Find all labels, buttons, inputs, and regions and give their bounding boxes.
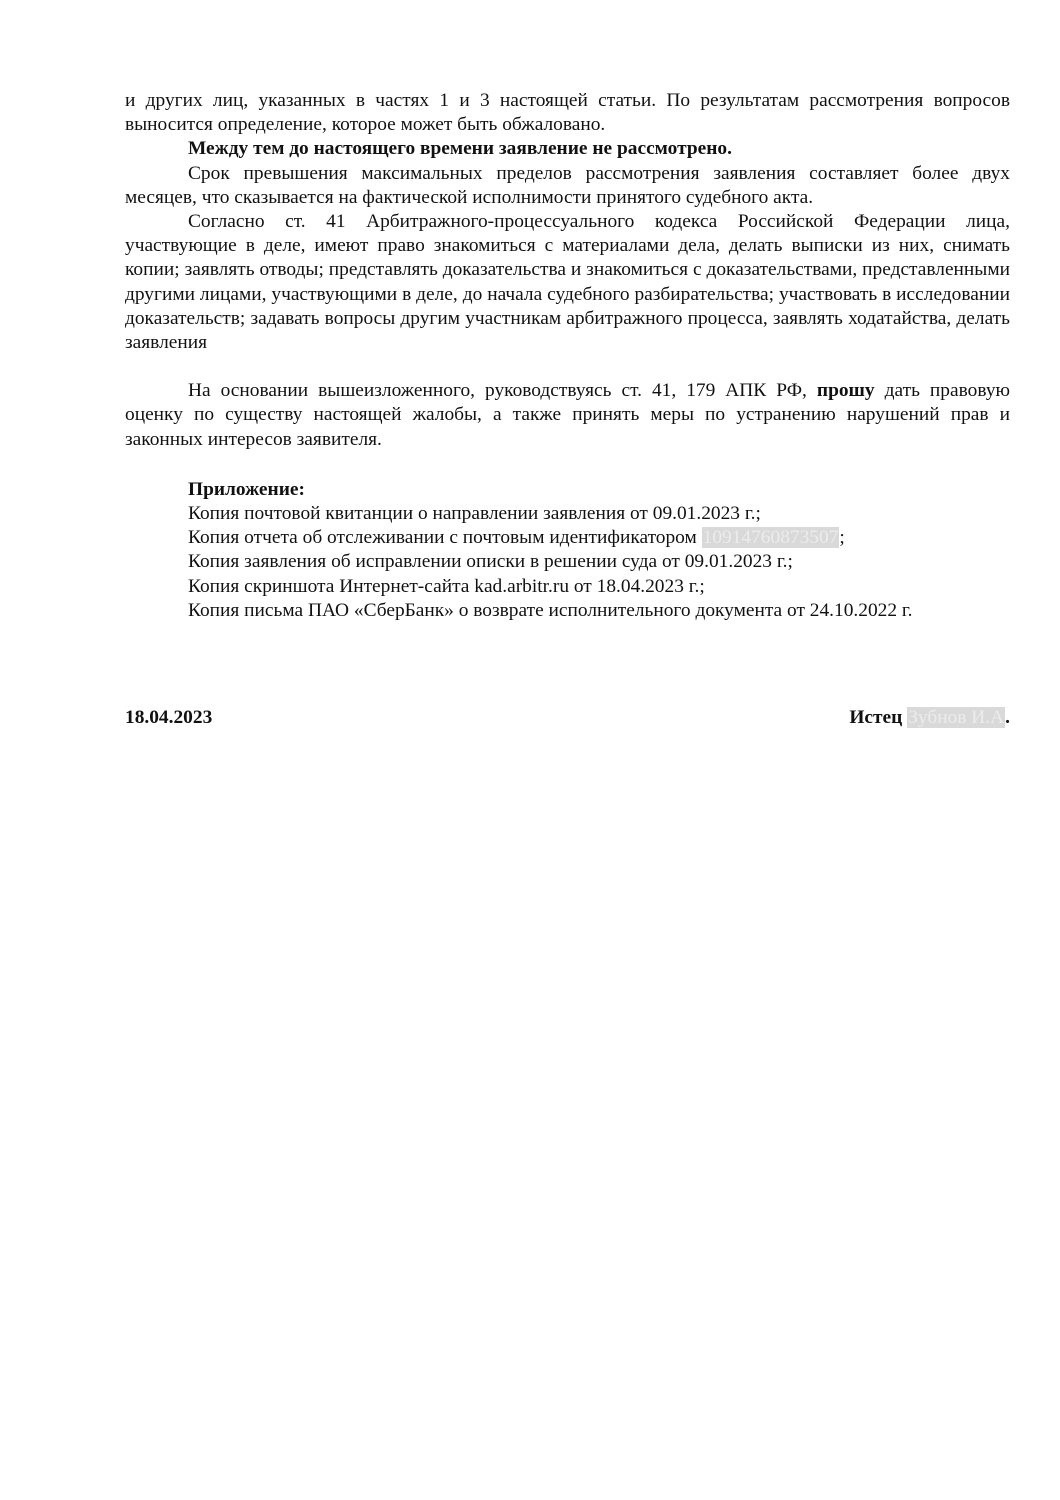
attachment-item-text: Копия отчета об отслеживании с почтовым … — [188, 527, 702, 548]
bold-statement: Между тем до настоящего времени заявлени… — [125, 137, 1010, 161]
attachment-item: Копия заявления об исправлении описки в … — [188, 550, 1010, 574]
attachment-item: Копия письма ПАО «СберБанк» о возврате и… — [188, 599, 1010, 623]
attachment-item: Копия скриншота Интернет-сайта kad.arbit… — [188, 575, 1010, 599]
attachments-section: Приложение: Копия почтовой квитанции о н… — [188, 478, 1010, 623]
request-paragraph: На основании вышеизложенного, руководств… — [125, 379, 1010, 452]
request-text-before: На основании вышеизложенного, руководств… — [188, 380, 817, 401]
attachments-heading: Приложение: — [188, 478, 1010, 502]
redacted-signer-name: Зубнов И.А — [907, 707, 1005, 728]
document-body: и других лиц, указанных в частях 1 и 3 н… — [125, 89, 1010, 623]
signature-block: Истец Зубнов И.А. — [849, 706, 1010, 730]
signature-suffix: . — [1005, 707, 1010, 728]
request-bold-word: прошу — [817, 380, 875, 401]
signature-role: Истец — [849, 707, 902, 728]
attachment-item: Копия отчета об отслеживании с почтовым … — [188, 526, 1010, 550]
attachment-item-suffix: ; — [839, 527, 844, 548]
continuation-paragraph: и других лиц, указанных в частях 1 и 3 н… — [125, 89, 1010, 137]
rights-paragraph: Согласно ст. 41 Арбитражного-процессуаль… — [125, 210, 1010, 355]
attachment-item: Копия почтовой квитанции о направлении з… — [188, 502, 1010, 526]
redacted-tracking-id: 10914760873507 — [702, 527, 840, 548]
delay-paragraph: Срок превышения максимальных пределов ра… — [125, 162, 1010, 210]
signature-date: 18.04.2023 — [125, 706, 212, 730]
signature-row: 18.04.2023 Истец Зубнов И.А. — [125, 706, 1010, 730]
